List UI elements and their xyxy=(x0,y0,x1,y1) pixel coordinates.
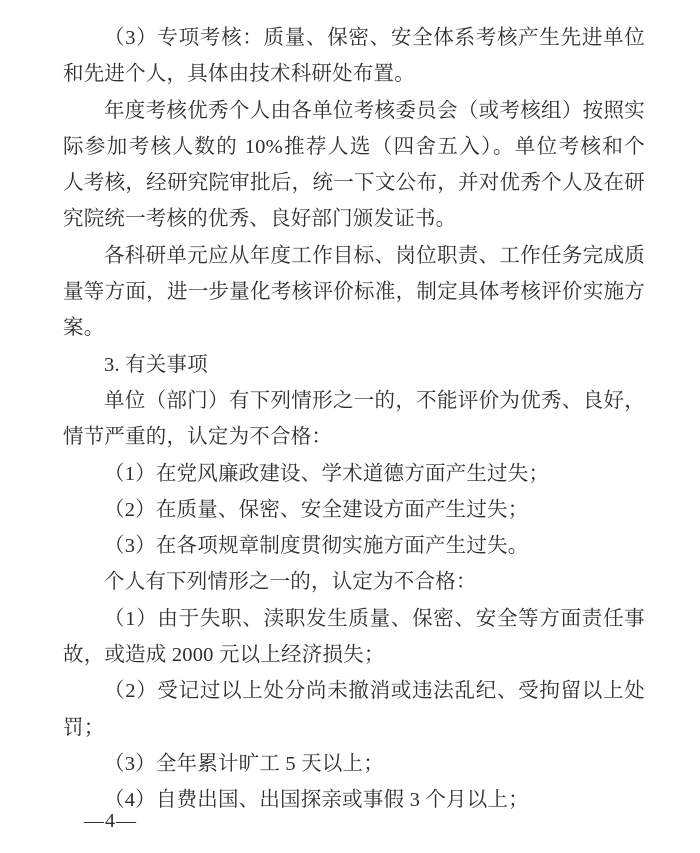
document-page: （3）专项考核：质量、保密、安全体系考核产生先进单位和先进个人，具体由技术科研处… xyxy=(0,0,700,853)
document-line: （3）专项考核：质量、保密、安全体系考核产生先进单位 xyxy=(63,20,645,56)
document-line: 和先进个人，具体由技术科研处布置。 xyxy=(63,56,645,92)
document-line: （1）由于失职、渎职发生质量、保密、安全等方面责任事 xyxy=(63,601,645,637)
document-line: （2）受记过以上处分尚未撤消或违法乱纪、受拘留以上处 xyxy=(63,673,645,709)
document-line: （2）在质量、保密、安全建设方面产生过失； xyxy=(63,492,645,528)
document-line: 单位（部门）有下列情形之一的，不能评价为优秀、良好， xyxy=(63,383,645,419)
document-text: （3）专项考核：质量、保密、安全体系考核产生先进单位和先进个人，具体由技术科研处… xyxy=(63,20,645,819)
document-line: （3）全年累计旷工 5 天以上； xyxy=(63,746,645,782)
document-line: 各科研单元应从年度工作目标、岗位职责、工作任务完成质 xyxy=(63,238,645,274)
document-line: （4）自费出国、出国探亲或事假 3 个月以上； xyxy=(63,782,645,818)
document-line: 个人有下列情形之一的，认定为不合格： xyxy=(63,564,645,600)
document-line: 际参加考核人数的 10%推荐人选（四舍五入）。单位考核和个 xyxy=(63,129,645,165)
document-line: （1）在党风廉政建设、学术道德方面产生过失； xyxy=(63,456,645,492)
document-line: 案。 xyxy=(63,310,645,346)
document-line: 量等方面，进一步量化考核评价标准，制定具体考核评价实施方 xyxy=(63,274,645,310)
document-line: 人考核，经研究院审批后，统一下文公布，并对优秀个人及在研 xyxy=(63,165,645,201)
document-line: 罚； xyxy=(63,710,645,746)
document-line: （3）在各项规章制度贯彻实施方面产生过失。 xyxy=(63,528,645,564)
document-line: 究院统一考核的优秀、良好部门颁发证书。 xyxy=(63,201,645,237)
page-number: —4— xyxy=(84,809,137,833)
document-line: 年度考核优秀个人由各单位考核委员会（或考核组）按照实 xyxy=(63,93,645,129)
document-line: 故，或造成 2000 元以上经济损失； xyxy=(63,637,645,673)
document-line: 3. 有关事项 xyxy=(63,347,645,383)
document-line: 情节严重的，认定为不合格： xyxy=(63,419,645,455)
